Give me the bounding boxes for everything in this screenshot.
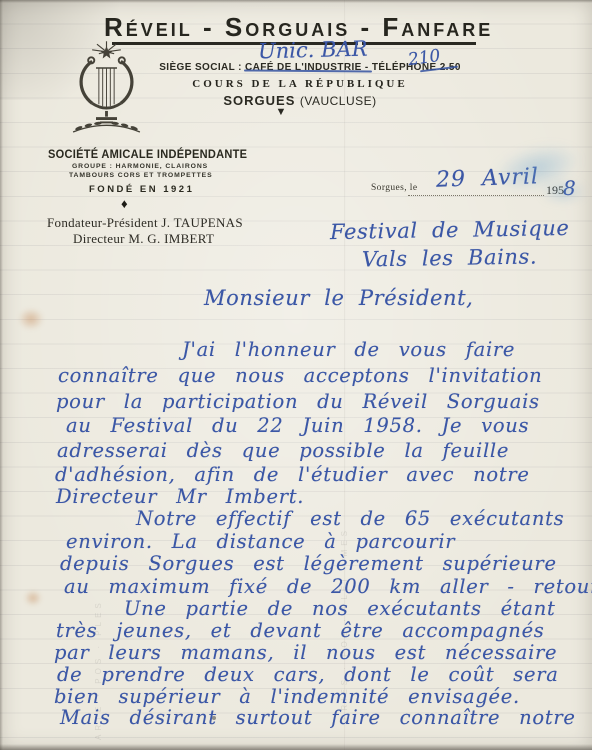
- rust-stain-small: [24, 590, 42, 606]
- director-line: Directeur M. G. IMBERT: [73, 231, 214, 247]
- group-line-2: TAMBOURS CORS ET TROMPETTES: [69, 172, 213, 179]
- subject-line-2: Vals les Bains.: [362, 244, 538, 271]
- siege-prefix: SIÈGE SOCIAL :: [159, 62, 242, 73]
- body-line: connaître que nous acceptons l'invitatio…: [58, 364, 542, 387]
- body-line: au maximum fixé de 200 km aller - retour…: [64, 575, 592, 598]
- body-line: Une partie de nos exécutants étant: [124, 597, 556, 620]
- body-line: très jeunes, et devant être accompagnés: [56, 619, 545, 642]
- down-triangle-icon: ▼: [150, 106, 412, 118]
- founder-president-line: Fondateur-Président J. TAUPENAS: [47, 215, 243, 231]
- address-line: COURS DE LA RÉPUBLIQUE: [150, 78, 450, 90]
- title-underline-right: [362, 42, 476, 45]
- scan-edge-bottom: [0, 744, 592, 750]
- body-line: environ. La distance à parcourir: [66, 530, 455, 553]
- ink-smudge-small: [540, 182, 586, 202]
- body-line: bien supérieur à l'indemnité envisagée.: [54, 685, 520, 708]
- body-line: Notre effectif est de 65 exécutants: [136, 507, 564, 530]
- group-line-1: GROUPE : HARMONIE, CLAIRONS: [72, 163, 208, 170]
- subject-line-1: Festival de Musique: [330, 216, 570, 244]
- founded-line: FONDÉ EN 1921: [89, 184, 194, 195]
- body-line: de prendre deux cars, dont le coût sera: [57, 663, 559, 686]
- body-line: J'ai l'honneur de vous faire: [182, 338, 515, 361]
- body-line: adresserai dès que possible la feuille: [57, 439, 509, 462]
- body-line: Mais désirant surtout faire connaître no…: [60, 706, 576, 729]
- body-line: par leurs mamans, il nous est nécessaire: [54, 641, 557, 664]
- rust-stain: [18, 308, 44, 330]
- body-line: depuis Sorgues est légèrement supérieure: [60, 552, 557, 575]
- lyre-emblem-icon: [54, 40, 159, 143]
- handwritten-bar-annotation: Unic. BAR: [258, 37, 368, 64]
- scanned-letter-page: ARTE · POS · PLES PRIES · POS · PLEI · M…: [0, 0, 592, 750]
- body-line: Directeur Mr Imbert.: [56, 485, 304, 508]
- body-line: au Festival du 22 Juin 1958. Je vous: [66, 414, 529, 437]
- diamond-icon: ♦: [121, 196, 128, 211]
- scan-edge-top: [0, 0, 592, 3]
- salutation: Monsieur le Président,: [204, 286, 473, 310]
- society-name: SOCIÉTÉ AMICALE INDÉPENDANTE: [48, 147, 247, 161]
- scan-edge-left: [0, 0, 3, 750]
- body-line: pour la participation du Réveil Sorguais: [56, 390, 540, 413]
- body-line: d'adhésion, afin de l'étudier avec notre: [55, 463, 530, 486]
